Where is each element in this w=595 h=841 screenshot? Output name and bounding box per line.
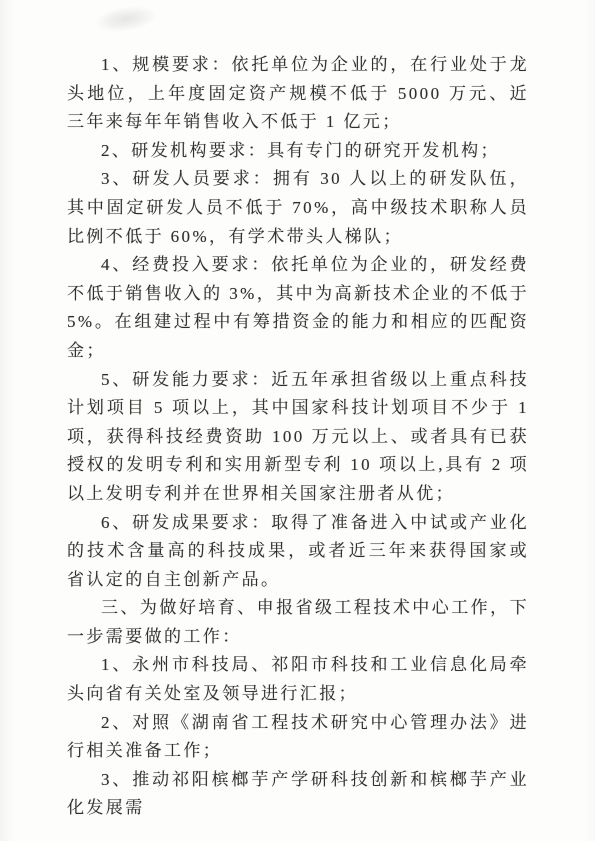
paragraph-funding-requirement: 4、经费投入要求：依托单位为企业的，研发经费不低于销售收入的 3%，其中为高新技… xyxy=(67,251,529,365)
document-page: 1、规模要求：依托单位为企业的，在行业处于龙头地位，上年度固定资产规模不低于 5… xyxy=(0,0,595,841)
document-body: 1、规模要求：依托单位为企业的，在行业处于龙头地位，上年度固定资产规模不低于 5… xyxy=(67,51,529,823)
paragraph-rd-staff-requirement: 3、研发人员要求：拥有 30 人以上的研发队伍，其中固定研发人员不低于 70%，… xyxy=(67,165,529,251)
paragraph-scale-requirement: 1、规模要求：依托单位为企业的，在行业处于龙头地位，上年度固定资产规模不低于 5… xyxy=(67,51,529,137)
paragraph-next-step-3: 3、推动祁阳槟榔芋产学研科技创新和槟榔芋产业化发展需 xyxy=(67,766,529,823)
paragraph-rd-result-requirement: 6、研发成果要求：取得了准备进入中试或产业化的技术含量高的科技成果，或者近三年来… xyxy=(67,509,529,595)
scan-smudge xyxy=(94,3,159,35)
paragraph-rd-ability-requirement: 5、研发能力要求：近五年承担省级以上重点科技计划项目 5 项以上，其中国家科技计… xyxy=(67,366,529,509)
paragraph-rd-org-requirement: 2、研发机构要求：具有专门的研究开发机构； xyxy=(67,137,529,166)
paragraph-next-step-2: 2、对照《湖南省工程技术研究中心管理办法》进行相关准备工作； xyxy=(67,709,529,766)
paragraph-next-step-1: 1、永州市科技局、祁阳市科技和工业信息化局牵头向省有关处室及领导进行汇报； xyxy=(67,651,529,708)
paragraph-section-three-heading: 三、为做好培育、申报省级工程技术中心工作，下一步需要做的工作： xyxy=(67,594,529,651)
